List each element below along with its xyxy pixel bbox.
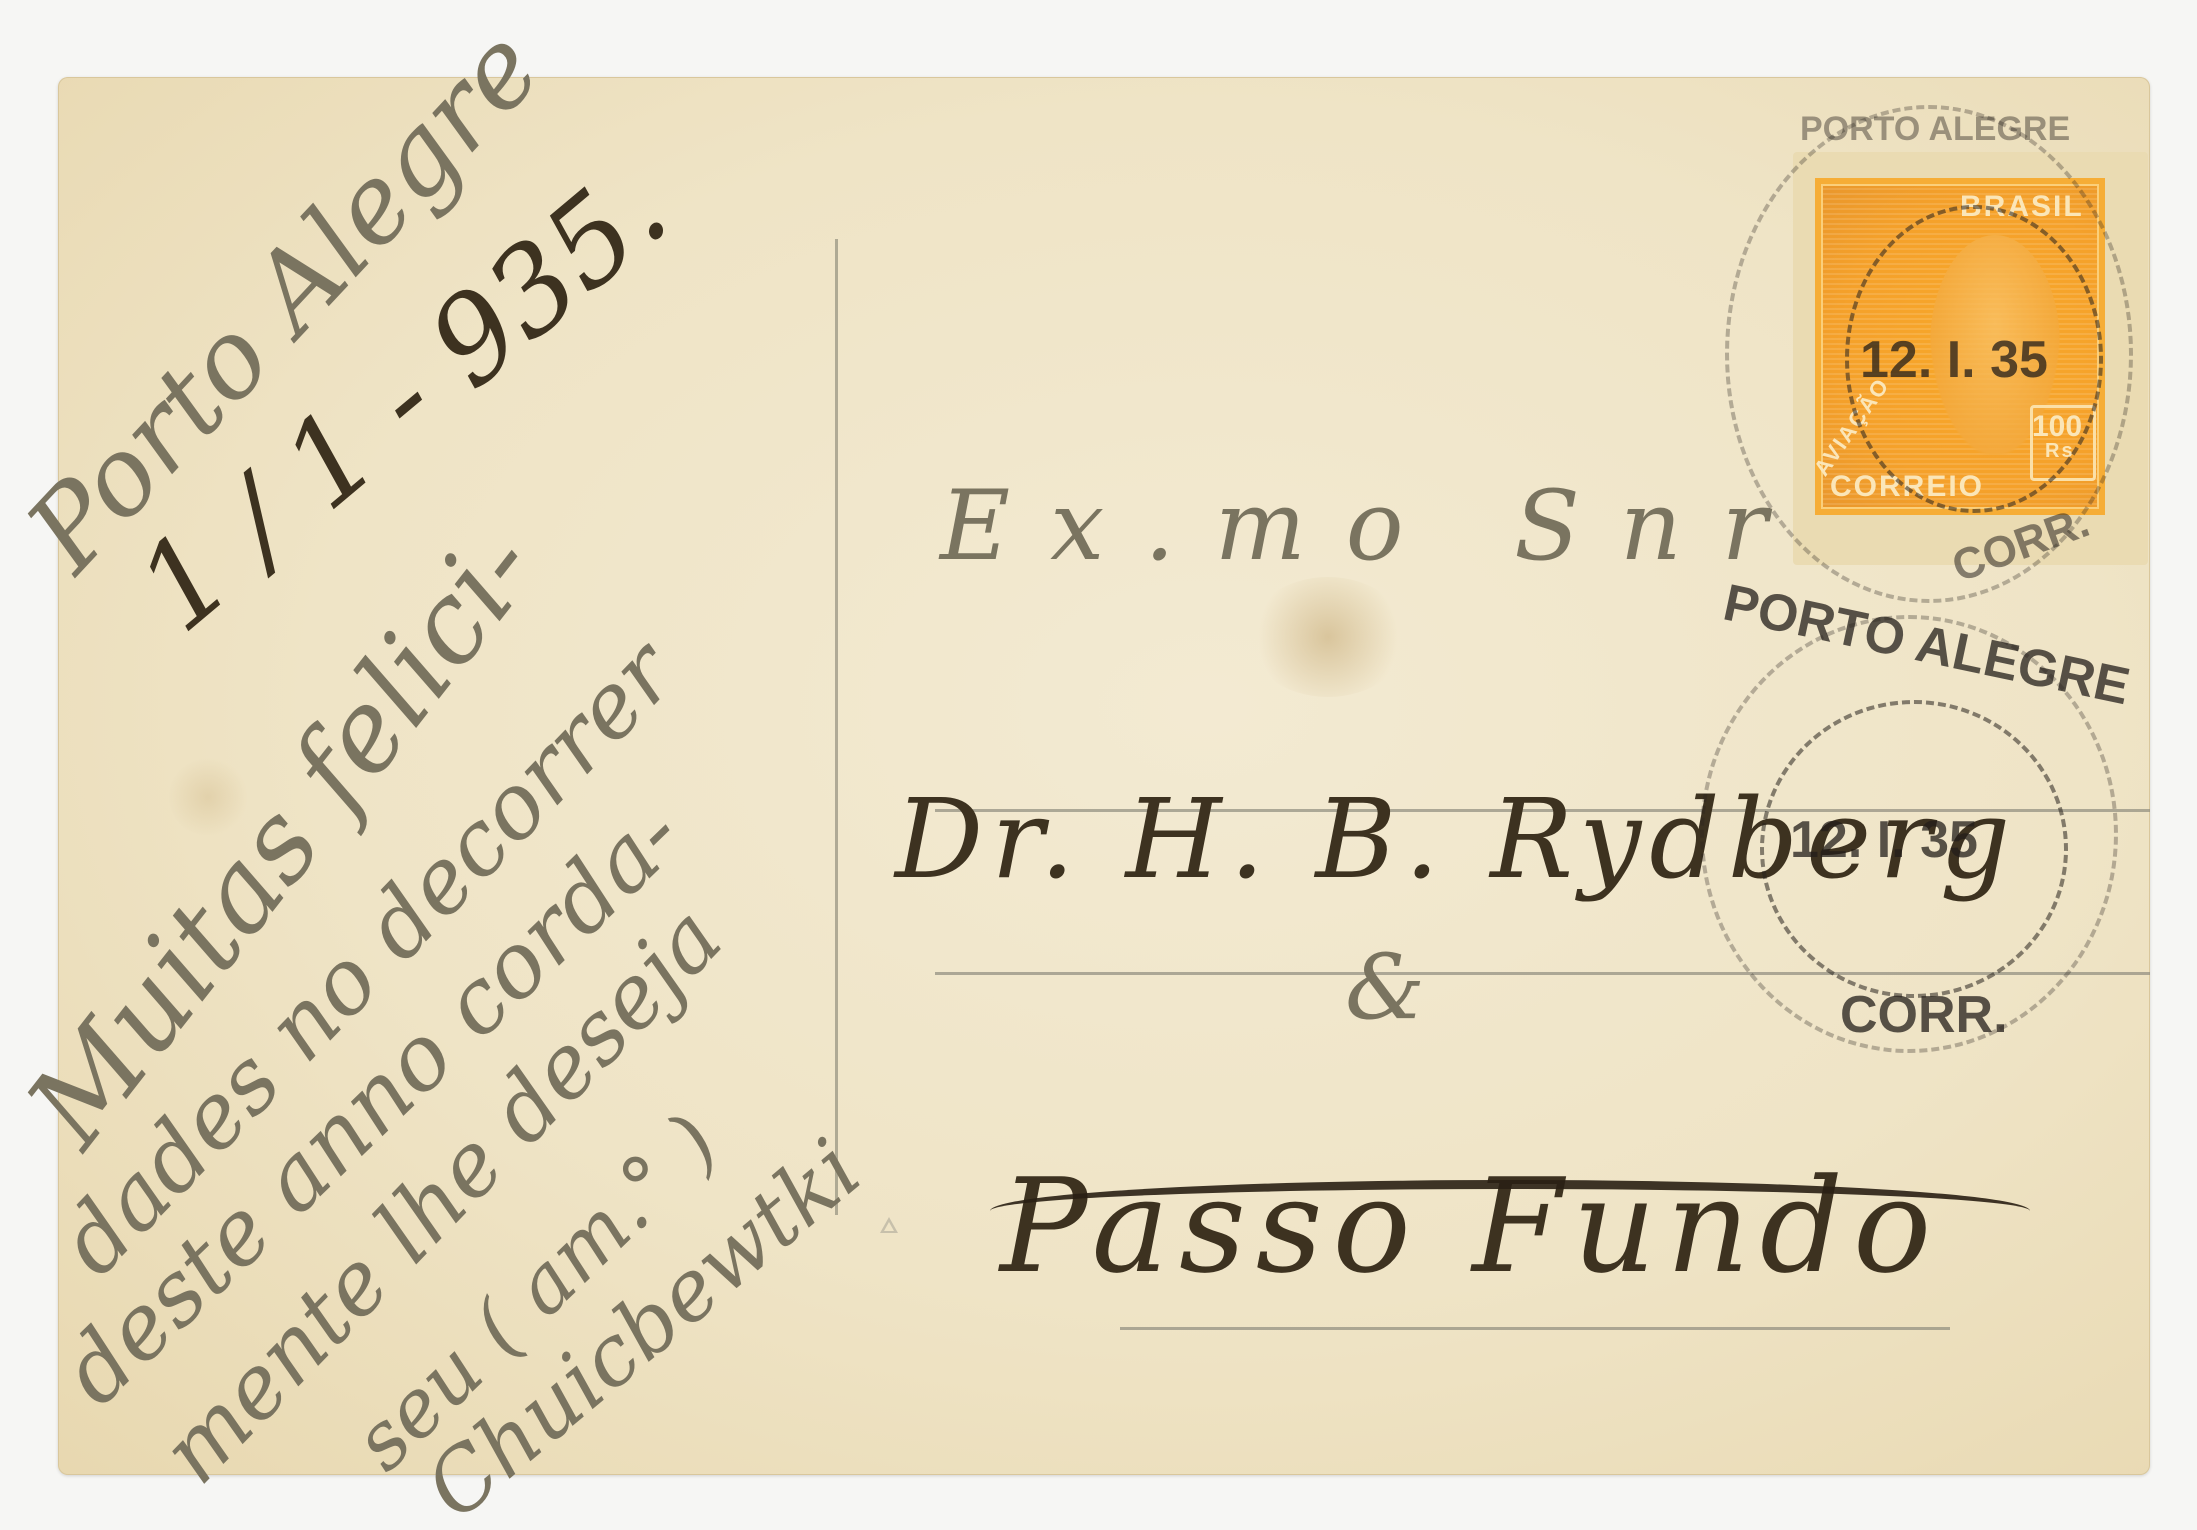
salutation: Ex.mo Snr. bbox=[940, 470, 1868, 582]
postcard-divider-line bbox=[835, 239, 838, 1215]
address-connector: & bbox=[1345, 935, 1425, 1040]
postmark-date: 12. I. 35 bbox=[1790, 810, 1978, 870]
destination-city: Passo Fundo bbox=[1000, 1150, 1941, 1302]
postmark-date: 12. I. 35 bbox=[1860, 330, 2048, 390]
postmark-city: PORTO ALEGRE bbox=[1800, 110, 2070, 149]
address-line-3 bbox=[1120, 1327, 1950, 1330]
age-stain bbox=[1248, 577, 1408, 697]
postmark-bottom-text: CORR. bbox=[1840, 985, 2008, 1045]
printed-triangle-mark bbox=[880, 1217, 898, 1233]
